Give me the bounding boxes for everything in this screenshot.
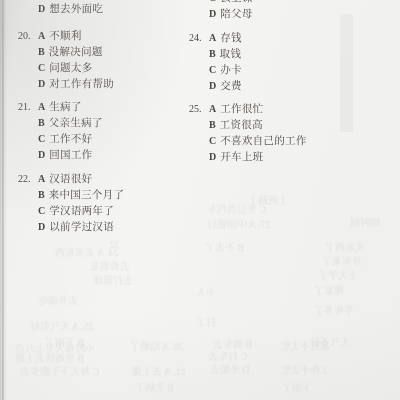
ghost-text-line: 去外面吃 <box>38 296 78 308</box>
ghost-text-line: 去打篮球 <box>93 276 133 288</box>
ghost-text-line: 搬家了 <box>314 286 344 298</box>
option-letter: B <box>209 49 216 60</box>
option-text: 工资很高 <box>220 120 263 131</box>
scanned-test-page: 上班路上C 坐公共汽车27. A 中国银行的时间B 不去了买东西了开车来了上大学… <box>0 0 400 400</box>
option-text: 陪父母 <box>220 9 252 20</box>
option-line: D交费 <box>189 79 242 95</box>
option-letter: C <box>209 0 216 4</box>
ghost-text-line: 上大学了 <box>318 271 358 283</box>
option-letter: D <box>209 9 216 20</box>
ghost-text-line: 买东西了 <box>325 243 365 255</box>
page-shading-band <box>340 14 353 132</box>
option-text: 不喜欢自己的工作 <box>220 136 306 147</box>
ghost-text-line: 小人 <box>196 288 216 300</box>
question-number: 25. <box>189 102 209 118</box>
question-24: 24.A存钱 B取钱 C办卡 D交费 <box>189 31 242 95</box>
option-line: C去上课 <box>189 0 253 7</box>
option-line: B取钱 <box>189 47 242 63</box>
ghost-text-line: 32 <box>110 240 120 252</box>
page-left-edge-line <box>2 0 4 400</box>
option-text: 开车上班 <box>220 152 263 163</box>
ghost-text-line: 开车来了 <box>322 257 362 269</box>
option-letter: D <box>209 152 216 163</box>
ghost-text-line: 27. A 中国银行 <box>207 220 271 232</box>
option-letter: D <box>209 81 216 92</box>
option-text: 工作很忙 <box>220 104 263 115</box>
option-letter: A <box>209 33 216 44</box>
question-number: 24. <box>189 31 209 47</box>
option-text: 交费 <box>220 81 242 92</box>
ghost-text-line: B 不去了 <box>205 243 244 255</box>
page-bottom-shading <box>0 310 400 400</box>
question-25: 25.A工作很忙 B工资很高 C不喜欢自己的工作 D开车上班 <box>189 102 307 166</box>
option-line: 24.A存钱 <box>189 31 242 47</box>
option-text: 取钱 <box>220 49 242 60</box>
ghost-text-line: C 坐公共汽车 <box>207 205 266 217</box>
option-text: 去上课 <box>220 0 252 4</box>
option-line: D陪父母 <box>189 7 253 23</box>
question-23-partial: C去上课 D陪父母 <box>189 0 253 23</box>
option-line: D开车上班 <box>189 150 307 166</box>
option-text: 存钱 <box>220 33 242 44</box>
option-letter: A <box>209 104 216 115</box>
option-line: B工资很高 <box>189 118 307 134</box>
option-line: C办卡 <box>189 63 242 79</box>
option-letter: B <box>209 120 216 131</box>
option-letter: C <box>209 65 216 76</box>
page-corner-shading <box>0 0 190 230</box>
ghost-text-line: 的时间 <box>350 218 380 230</box>
option-text: 办卡 <box>220 65 242 76</box>
option-line: C不喜欢自己的工作 <box>189 134 307 150</box>
option-letter: C <box>209 136 216 147</box>
option-line: 25.A工作很忙 <box>189 102 307 118</box>
ghost-text-line: 去看朋友 <box>90 262 130 274</box>
